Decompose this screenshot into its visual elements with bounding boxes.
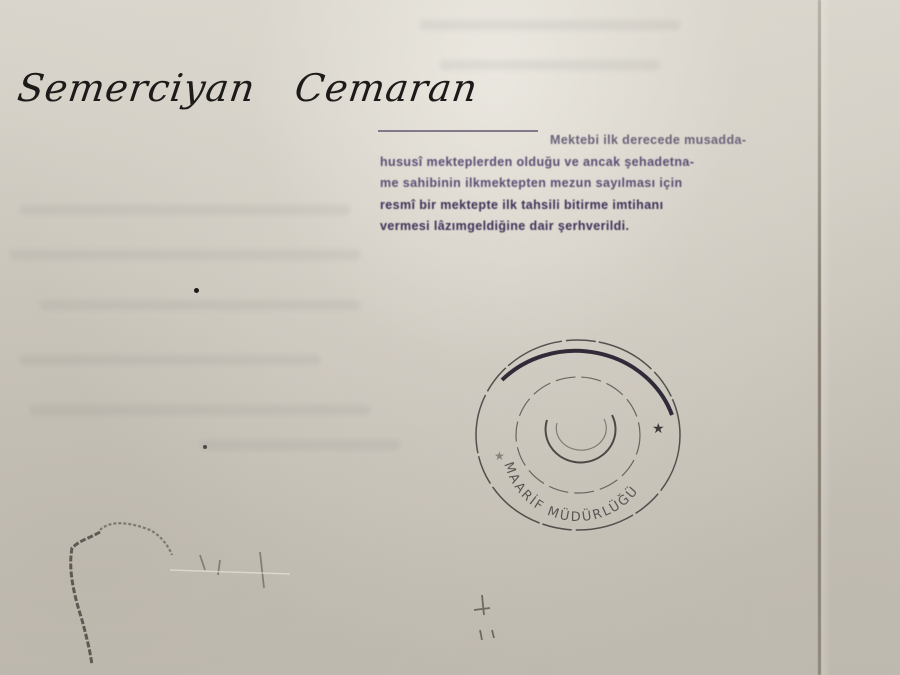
annotation-line: hususî mekteplerden olduğu ve ancak şeha…	[380, 152, 870, 174]
pencil-marks	[450, 590, 530, 650]
paper-fold-shadow	[821, 0, 831, 675]
ink-speck	[194, 288, 199, 293]
typed-annotation: Mektebi ilk derecede musadda- hususî mek…	[380, 130, 870, 238]
svg-text:★: ★	[494, 449, 505, 463]
official-stamp: ★ ★ MAARİF MÜDÜRLÜĞÜ	[472, 335, 684, 535]
handwritten-name: SemerciyanCemaran	[15, 66, 481, 110]
annotation-line: me sahibinin ilkmektepten mezun sayılmas…	[380, 173, 870, 195]
ink-speck	[203, 445, 207, 449]
pencil-marks	[60, 500, 320, 675]
handwritten-first-name: Semerciyan	[15, 66, 258, 110]
annotation-line: vermesi lâzımgeldiğine dair şerhverildi.	[380, 216, 870, 238]
crescent-icon	[546, 415, 616, 462]
handwritten-last-name: Cemaran	[292, 66, 481, 110]
svg-text:MAARİF MÜDÜRLÜĞÜ: MAARİF MÜDÜRLÜĞÜ	[500, 460, 642, 525]
annotation-line: Mektebi ilk derecede musadda-	[380, 130, 870, 152]
stamp-seal-icon: ★ ★ MAARİF MÜDÜRLÜĞÜ	[472, 335, 684, 535]
annotation-line: resmî bir mektepte ilk tahsili bitirme i…	[380, 195, 870, 217]
star-icon: ★	[652, 420, 665, 436]
